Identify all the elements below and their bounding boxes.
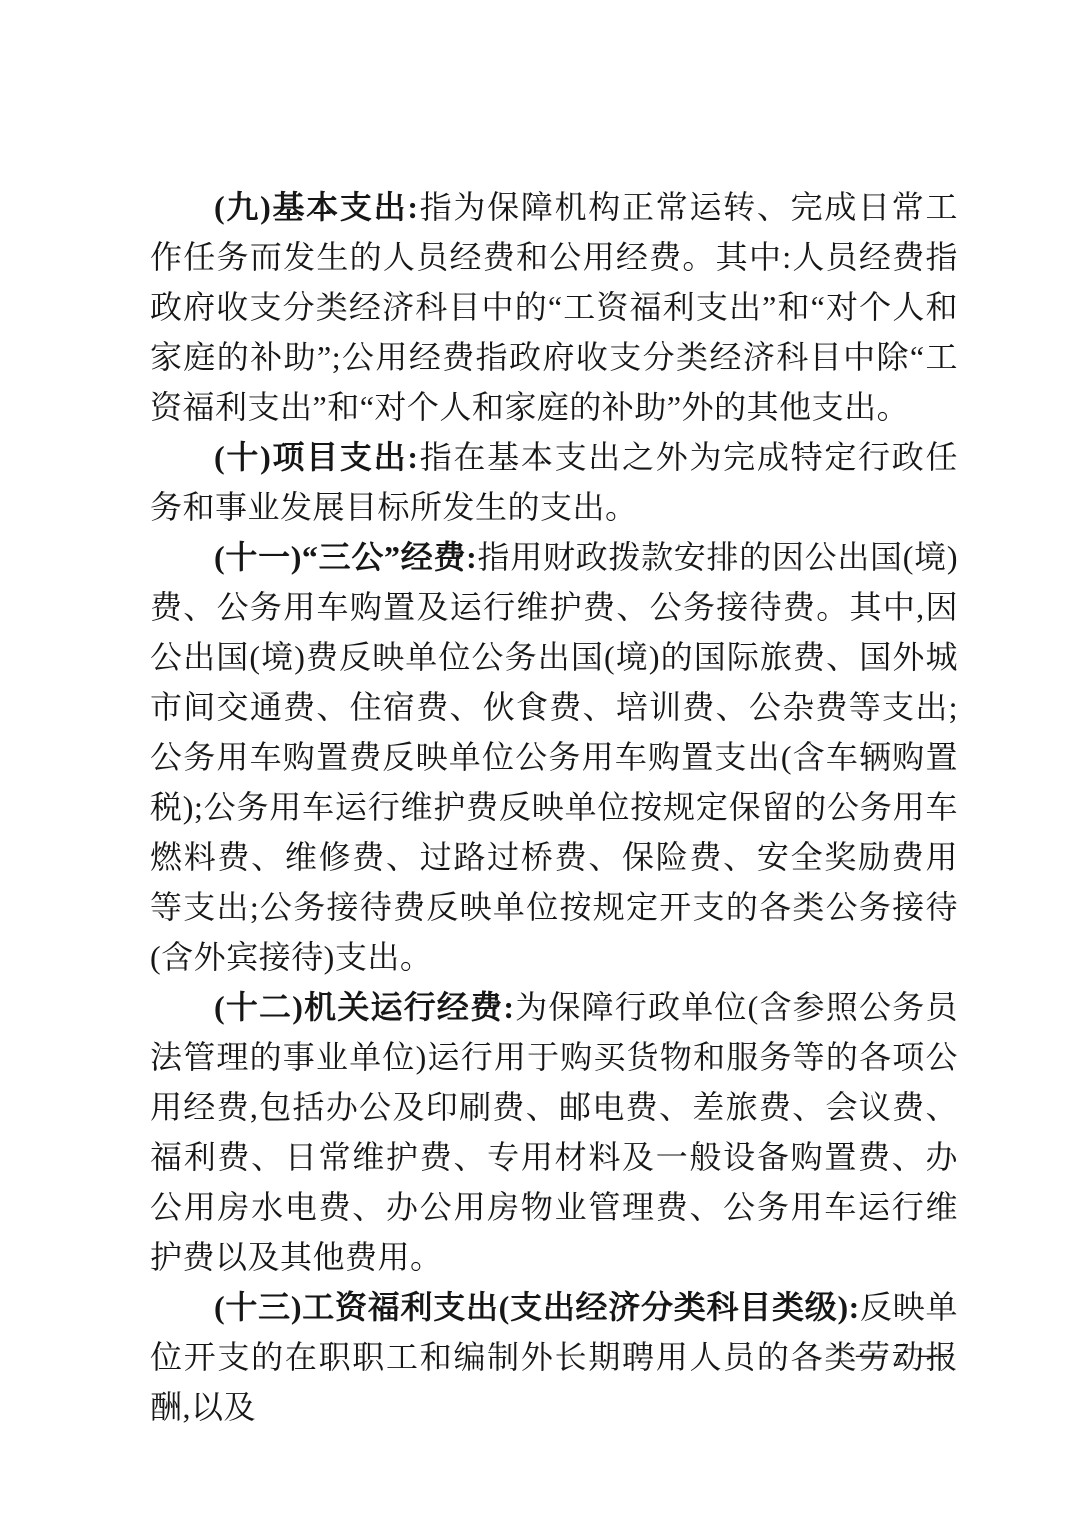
paragraph-text: 为保障行政单位(含参照公务员法管理的事业单位)运行用于购买货物和服务等的各项公用… [150,989,958,1275]
paragraph-text: 指用财政拨款安排的因公出国(境)费、公务用车购置及运行维护费、公务接待费。其中,… [150,539,958,975]
paragraph-lead: (十)项目支出: [214,439,419,475]
paragraph-salary-welfare-expenditure: (十三)工资福利支出(支出经济分类科目类级):反映单位开支的在职职工和编制外长期… [150,1282,958,1432]
paragraph-lead: (十三)工资福利支出(支出经济分类科目类级): [214,1289,860,1325]
paragraph-lead: (十二)机关运行经费: [214,989,515,1025]
paragraph-project-expenditure: (十)项目支出:指在基本支出之外为完成特定行政任务和事业发展目标所发生的支出。 [150,432,958,532]
paragraph-three-public-funds: (十一)“三公”经费:指用财政拨款安排的因公出国(境)费、公务用车购置及运行维护… [150,532,958,982]
document-page: (九)基本支出:指为保障机构正常运转、完成日常工作任务而发生的人员经费和公用经费… [0,0,1074,1520]
paragraph-lead: (九)基本支出: [214,189,419,225]
page-number: — 7 — [856,1336,948,1372]
paragraph-basic-expenditure: (九)基本支出:指为保障机构正常运转、完成日常工作任务而发生的人员经费和公用经费… [150,182,958,432]
document-body: (九)基本支出:指为保障机构正常运转、完成日常工作任务而发生的人员经费和公用经费… [150,182,958,1432]
paragraph-lead: (十一)“三公”经费: [214,539,477,575]
paragraph-agency-operating-funds: (十二)机关运行经费:为保障行政单位(含参照公务员法管理的事业单位)运行用于购买… [150,982,958,1282]
